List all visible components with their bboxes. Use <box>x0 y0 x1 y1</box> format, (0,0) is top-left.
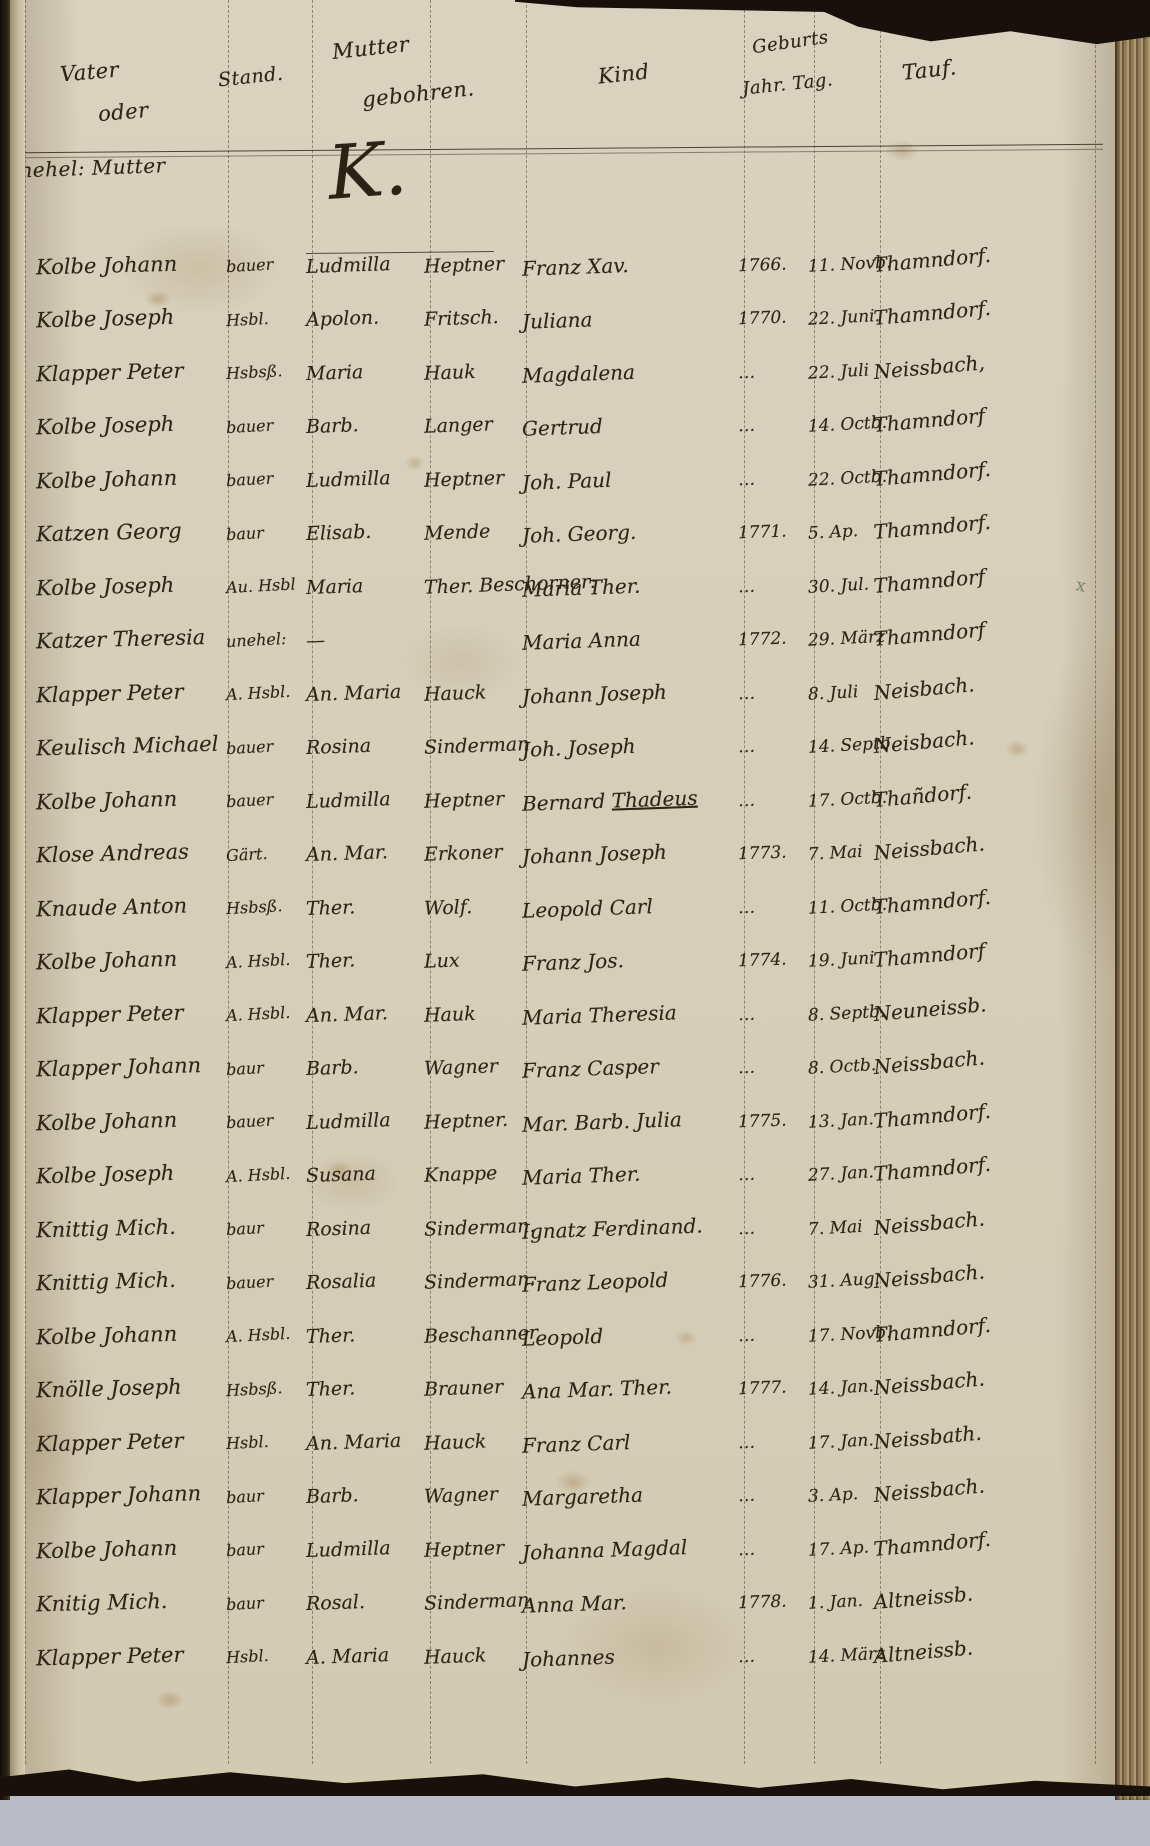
cell-mother-surname: Lux <box>424 948 523 973</box>
cell-child: Joh. Georg. <box>522 516 739 548</box>
cell-stand: Au. Hsbl <box>226 574 307 597</box>
cell-place: Neissbach. <box>873 821 1104 865</box>
cell-mother-given: Ludmilla <box>306 466 425 492</box>
table-row: Klapper PeterHsbsß.MariaHaukMagdalena…22… <box>32 345 1104 399</box>
table-row: Knitig Mich.baurRosal.SindermanAnna Mar.… <box>32 1576 1104 1630</box>
section-letter-k: K. <box>325 125 410 216</box>
cell-year: … <box>738 682 809 704</box>
cell-year: 1766. <box>738 254 809 276</box>
cell-child: Franz Carl <box>522 1426 739 1458</box>
table-row: Knölle JosephHsbsß.Ther.BraunerAna Mar. … <box>32 1362 1104 1416</box>
cell-year: 1772. <box>738 628 809 650</box>
cell-mother-surname: Wagner <box>424 1483 523 1508</box>
cell-year: 1775. <box>738 1110 809 1132</box>
cell-place: Thamndorf. <box>873 1089 1104 1133</box>
cell-stand: baur <box>226 1216 307 1239</box>
cell-mother-surname: Fritsch. <box>424 306 523 331</box>
cell-day: 11. Novb. <box>808 253 875 276</box>
table-row: Katzen GeorgbaurElisab.MendeJoh. Georg.1… <box>32 506 1104 560</box>
cell-child: Anna Mar. <box>522 1586 739 1618</box>
cell-day: 30. Jul. <box>808 574 875 597</box>
cell-stand: unehel: <box>226 628 307 651</box>
cell-mother-given: Rosina <box>306 1215 425 1241</box>
cell-father: Kolbe Johann <box>32 1534 227 1563</box>
cell-stand: baur <box>226 1056 307 1079</box>
cell-child: Maria Anna <box>522 623 739 655</box>
cell-stand: bauer <box>226 414 307 437</box>
table-row: Knaude AntonHsbsß.Ther.Wolf.Leopold Carl… <box>32 880 1104 934</box>
cell-stand: A. Hsbl. <box>226 1002 307 1025</box>
cell-day: 17. Jan. <box>808 1430 875 1453</box>
cell-stand: baur <box>226 521 307 544</box>
cell-mother-given: An. Mar. <box>306 840 425 866</box>
cell-mother-given: Maria <box>306 359 425 385</box>
cell-father: Knittig Mich. <box>32 1267 227 1296</box>
cell-father: Klapper Johann <box>32 1053 227 1082</box>
cell-year: … <box>738 1538 809 1560</box>
table-row: Kolbe JohannbaurLudmillaHeptnerJohanna M… <box>32 1522 1104 1576</box>
cell-child: Joh. Paul <box>522 463 739 495</box>
cell-place: Neissbach. <box>873 1249 1104 1293</box>
cell-mother-given: Rosalia <box>306 1268 425 1294</box>
cell-year: … <box>738 361 809 383</box>
cell-stand: baur <box>226 1537 307 1560</box>
cell-year: … <box>738 1003 809 1025</box>
cell-day: 14. Jan. <box>808 1377 875 1400</box>
cell-stand: Hsbl. <box>226 307 307 330</box>
cell-mother-surname: Heptner <box>424 466 523 491</box>
cell-child: Mar. Barb. Julia <box>522 1105 739 1137</box>
table-row: Klapper JohannbaurBarb.WagnerMargaretha…… <box>32 1469 1104 1523</box>
table-row: †Katzer Theresiaunehel:—Maria Anna1772.2… <box>32 613 1104 667</box>
cell-father: Knittig Mich. <box>32 1213 227 1242</box>
cell-stand: baur <box>226 1484 307 1507</box>
cell-day: 3. Ap. <box>808 1484 875 1507</box>
cell-child: Franz Xav. <box>522 249 739 281</box>
cell-father: Kolbe Joseph <box>32 304 227 333</box>
cell-day: 7. Mai <box>808 1216 875 1239</box>
table-row: Kolbe JohannbauerLudmillaHeptnerJoh. Pau… <box>32 452 1104 506</box>
cell-stand: bauer <box>226 1270 307 1293</box>
cell-child: Ana Mar. Ther. <box>522 1372 739 1404</box>
table-row: Kolbe JohannbauerLudmillaHeptnerBernard … <box>32 773 1104 827</box>
cell-father: Katzen Georg <box>32 518 227 547</box>
cell-place: Thamndorf. <box>873 875 1104 919</box>
cell-mother-surname: Sinderman <box>424 1590 523 1615</box>
cell-year: … <box>738 468 809 490</box>
cell-day: 1. Jan. <box>808 1591 875 1614</box>
table-row: Kolbe JosephAu. HsblMariaTher. Beschorne… <box>32 559 1104 613</box>
cell-day: 14. März <box>808 1644 875 1667</box>
cell-child: Ignatz Ferdinand. <box>522 1212 739 1244</box>
cell-child: Leopold <box>522 1319 739 1351</box>
cell-father: Kolbe Johann <box>32 1320 227 1349</box>
cell-place: Thamndorf <box>873 928 1104 972</box>
cell-mother-surname: Wagner <box>424 1055 523 1080</box>
cell-place: Neissbach. <box>873 1463 1104 1507</box>
cell-mother-surname: Heptner <box>424 1536 523 1561</box>
cell-father: Klapper Peter <box>32 678 227 707</box>
cell-day: 5. Ap. <box>808 521 875 544</box>
cell-stand: A. Hsbl. <box>226 949 307 972</box>
cell-year: … <box>738 1056 809 1078</box>
cell-stand: A. Hsbl. <box>226 1163 307 1186</box>
table-row: Kolbe JosephA. Hsbl.SusanaKnappeMaria Th… <box>32 1148 1104 1202</box>
cell-mother-given: Ludmilla <box>306 1108 425 1134</box>
cell-place: Altneissb. <box>873 1570 1104 1614</box>
cell-year: 1778. <box>738 1591 809 1613</box>
cell-mother-surname: Brauner <box>424 1376 523 1401</box>
cell-place: Neissbath. <box>873 1410 1104 1454</box>
cell-child: Magdalena <box>522 356 739 388</box>
cell-stand: bauer <box>226 253 307 276</box>
underlined-child-name: Thadeus <box>611 785 698 812</box>
cell-mother-surname <box>424 638 522 641</box>
cell-year: … <box>738 414 809 436</box>
cell-mother-given: Rosina <box>306 733 425 759</box>
cell-mother-given: Rosal. <box>306 1589 425 1615</box>
cell-place: Neisbach. <box>873 661 1104 705</box>
cell-day: 8. Octb. <box>808 1056 875 1079</box>
cell-day: 11. Octb. <box>808 895 875 918</box>
cell-father: Kolbe Joseph <box>32 571 227 600</box>
cell-mother-given: Barb. <box>306 412 425 438</box>
book-binding-edge <box>0 0 10 1800</box>
cell-day: 8. Septb. <box>808 1002 875 1025</box>
cell-mother-surname: Knappe <box>424 1162 523 1187</box>
table-row: Klapper PeterHsbl.An. MariaHauckFranz Ca… <box>32 1415 1104 1469</box>
cell-stand: A. Hsbl. <box>226 1323 307 1346</box>
cell-mother-surname: Hauk <box>424 359 523 384</box>
table-row: Kolbe JohannbauerLudmillaHeptnerFranz Xa… <box>32 238 1104 292</box>
cell-place: Thañdorf. <box>873 768 1104 812</box>
cell-stand: bauer <box>226 788 307 811</box>
table-row: Klapper PeterHsbl.A. MariaHauckJohannes…… <box>32 1629 1104 1683</box>
table-row: Kolbe JohannA. Hsbl.Ther.BeschannerLeopo… <box>32 1308 1104 1362</box>
cell-year: … <box>738 1645 809 1667</box>
cell-stand: bauer <box>226 735 307 758</box>
cell-child: Maria Ther. <box>522 1158 739 1190</box>
table-row: Keulisch MichaelbauerRosinaSindermanJoh.… <box>32 720 1104 774</box>
cell-mother-surname: Ther. Beschorner: <box>424 573 523 598</box>
cell-father: Knaude Anton <box>32 892 227 921</box>
cell-stand: bauer <box>226 467 307 490</box>
cell-year: … <box>738 1484 809 1506</box>
cell-place: Neissbach, <box>873 340 1104 384</box>
cell-mother-given: Ludmilla <box>306 252 425 278</box>
cell-day: 22. Octb. <box>808 467 875 490</box>
cell-mother-given: Susana <box>306 1161 425 1187</box>
cell-year: … <box>738 575 809 597</box>
cell-mother-given: — <box>306 626 425 652</box>
column-rule <box>25 0 26 1764</box>
cell-mother-surname: Sinderman <box>424 734 523 759</box>
stain <box>155 1690 185 1710</box>
cell-mother-surname: Heptner <box>424 787 523 812</box>
cell-father: Klapper Peter <box>32 999 227 1028</box>
cell-father: Kolbe Johann <box>32 946 227 975</box>
cell-father: Klapper Peter <box>32 357 227 386</box>
cell-child: Johann Joseph <box>522 677 739 709</box>
cell-child: Maria Theresia <box>522 998 739 1030</box>
cell-father: Kolbe Johann <box>32 464 227 493</box>
cell-day: 17. Ap. <box>808 1537 875 1560</box>
cell-stand: Gärt. <box>226 842 307 865</box>
cell-day: 13. Jan. <box>808 1109 875 1132</box>
cell-mother-given: Elisab. <box>306 519 425 545</box>
cell-year: 1777. <box>738 1377 809 1399</box>
cell-place: Neissbach. <box>873 1196 1104 1240</box>
register-entries: Kolbe JohannbauerLudmillaHeptnerFranz Xa… <box>32 238 1104 1683</box>
cell-year: … <box>738 1324 809 1346</box>
cell-mother-surname: Hauck <box>424 680 523 705</box>
cell-day: 14. Octb. <box>808 414 875 437</box>
cell-day: 17. Novb. <box>808 1323 875 1346</box>
header-father: Vater <box>59 57 120 86</box>
cell-year: … <box>738 735 809 757</box>
cell-child: Johann Joseph <box>522 837 739 869</box>
cell-place: Thamndorf. <box>873 233 1104 277</box>
cell-place: Thamndorf <box>873 607 1104 651</box>
cell-year: … <box>738 896 809 918</box>
cell-day: 31. Aug. <box>808 1270 875 1293</box>
cell-child: Juliana <box>522 302 739 334</box>
cell-child: Johannes <box>522 1640 739 1672</box>
table-row: Klose AndreasGärt.An. Mar.ErkonerJohann … <box>32 827 1104 881</box>
scanned-register-page: Vater oder unehel: Mutter Stand. Mutter … <box>0 0 1150 1846</box>
table-row: Kolbe JosephbauerBarb.LangerGertrud…14. … <box>32 399 1104 453</box>
cell-mother-surname: Hauck <box>424 1429 523 1454</box>
cell-day: 17. Octb. <box>808 788 875 811</box>
cell-mother-given: Ludmilla <box>306 787 425 813</box>
cell-day: 22. Juni. <box>808 307 875 330</box>
cell-child: Bernard Thadeus <box>522 784 739 816</box>
cell-place: Thamndorf. <box>873 500 1104 544</box>
cell-mother-surname: Hauck <box>424 1643 523 1668</box>
cell-father: Klapper Johann <box>32 1481 227 1510</box>
table-row: Kolbe JohannA. Hsbl.Ther.LuxFranz Jos.17… <box>32 934 1104 988</box>
cell-mother-given: Ther. <box>306 894 425 920</box>
cell-stand: baur <box>226 1591 307 1614</box>
cell-mother-given: An. Maria <box>306 680 425 706</box>
table-row: Klapper PeterA. Hsbl.An. MariaHauckJohan… <box>32 666 1104 720</box>
cell-day: 19. Juni <box>808 949 875 972</box>
cell-mother-given: Ther. <box>306 1322 425 1348</box>
cell-day: 27. Jan. <box>808 1163 875 1186</box>
cell-place: Neisbach. <box>873 714 1104 758</box>
cell-year: 1776. <box>738 1270 809 1292</box>
cell-place: Altneissb. <box>873 1624 1104 1668</box>
cell-year: 1771. <box>738 521 809 543</box>
cell-mother-surname: Erkoner <box>424 841 523 866</box>
cell-mother-given: Ludmilla <box>306 1536 425 1562</box>
table-row: Kolbe JosephHsbl.Apolon.Fritsch.Juliana1… <box>32 292 1104 346</box>
table-row: Knittig Mich.baurRosinaSinderman.Ignatz … <box>32 1201 1104 1255</box>
cell-place: Thamndorf. <box>873 447 1104 491</box>
cell-place: Thamndorf. <box>873 1142 1104 1186</box>
cell-mother-surname: Sinderman. <box>424 1269 523 1294</box>
cell-place: Neuneissb. <box>873 982 1104 1026</box>
header-father-or: oder <box>97 98 149 126</box>
cell-child: Leopold Carl <box>522 891 739 923</box>
cell-child: Franz Leopold <box>522 1265 739 1297</box>
cell-father: Kolbe Johann <box>32 250 227 279</box>
cell-mother-surname: Wolf. <box>424 894 523 919</box>
cell-stand: A. Hsbl. <box>226 681 307 704</box>
cell-child: Gertrud <box>522 409 739 441</box>
cell-child: Joh. Joseph <box>522 730 739 762</box>
cell-father: Knitig Mich. <box>32 1588 227 1617</box>
cell-father: Knölle Joseph <box>32 1374 227 1403</box>
cell-mother-surname: Beschanner <box>424 1322 523 1347</box>
cell-father: Kolbe Joseph <box>32 1160 227 1189</box>
cell-mother-given: Ther. <box>306 947 425 973</box>
page-stack-fore-edge <box>1115 0 1150 1800</box>
cell-place: Thamndorf. <box>873 1517 1104 1561</box>
cell-place: Thamndorf <box>873 393 1104 437</box>
cell-mother-surname: Langer <box>424 413 523 438</box>
cell-year: … <box>738 1217 809 1239</box>
cell-place: Neissbach. <box>873 1035 1104 1079</box>
cell-year: 1774. <box>738 949 809 971</box>
cell-father: Klapper Peter <box>32 1641 227 1670</box>
cell-mother-given: An. Maria <box>306 1429 425 1455</box>
cell-mother-surname: Heptner. <box>424 1108 523 1133</box>
cell-year: … <box>738 1431 809 1453</box>
cell-mother-given: Barb. <box>306 1054 425 1080</box>
cell-stand: Hsbsß. <box>226 1377 307 1400</box>
cell-day: 8. Juli <box>808 681 875 704</box>
cell-child: Franz Casper <box>522 1051 739 1083</box>
cell-year: … <box>738 789 809 811</box>
cell-mother-given: Apolon. <box>306 305 425 331</box>
cell-place: Thamndorf <box>873 554 1104 598</box>
cell-father: Keulisch Michael <box>32 732 227 761</box>
cell-stand: Hsbl. <box>226 1430 307 1453</box>
cell-day: 14. Septb. <box>808 735 875 758</box>
table-row: Klapper JohannbaurBarb.WagnerFranz Caspe… <box>32 1041 1104 1095</box>
cell-mother-given: Maria <box>306 573 425 599</box>
cell-stand: Hsbsß. <box>226 360 307 383</box>
cell-stand: Hsbl. <box>226 1644 307 1667</box>
cell-father: Kolbe Johann <box>32 1106 227 1135</box>
cell-child: Margaretha <box>522 1479 739 1511</box>
cell-mother-given: An. Mar. <box>306 1001 425 1027</box>
cell-mother-surname: Heptner <box>424 252 523 277</box>
table-row: Knittig Mich.bauerRosaliaSinderman.Franz… <box>32 1255 1104 1309</box>
cell-year: 1773. <box>738 842 809 864</box>
cell-mother-surname: Sinderman. <box>424 1215 523 1240</box>
table-row: Klapper PeterA. Hsbl.An. Mar.HaukMaria T… <box>32 987 1104 1041</box>
cell-year: 1770. <box>738 307 809 329</box>
cell-place: Thamndorf. <box>873 1303 1104 1347</box>
cell-father: Kolbe Johann <box>32 785 227 814</box>
cell-mother-surname: Mende <box>424 520 523 545</box>
cell-stand: bauer <box>226 1109 307 1132</box>
cell-mother-given: Ther. <box>306 1375 425 1401</box>
page-left-edge <box>10 0 25 1796</box>
cell-day: 22. Juli <box>808 360 875 383</box>
cell-mother-surname: Hauk <box>424 1001 523 1026</box>
cell-father: Klapper Peter <box>32 1427 227 1456</box>
cell-place: Neissbach. <box>873 1356 1104 1400</box>
cell-child: Franz Jos. <box>522 944 739 976</box>
cell-child: Johanna Magdal <box>522 1533 739 1565</box>
cell-stand: Hsbsß. <box>226 895 307 918</box>
cell-day: 7. Mai <box>808 842 875 865</box>
cell-place: Thamndorf. <box>873 286 1104 330</box>
cell-mother-given: Barb. <box>306 1482 425 1508</box>
cell-father: †Katzer Theresia <box>32 625 227 654</box>
cell-father: Kolbe Joseph <box>32 411 227 440</box>
cell-day: 29. März <box>808 628 875 651</box>
cell-year: … <box>738 1163 809 1185</box>
cell-mother-given: A. Maria <box>306 1643 425 1669</box>
cell-father: Klose Andreas <box>32 839 227 868</box>
table-row: Kolbe JohannbauerLudmillaHeptner.Mar. Ba… <box>32 1094 1104 1148</box>
